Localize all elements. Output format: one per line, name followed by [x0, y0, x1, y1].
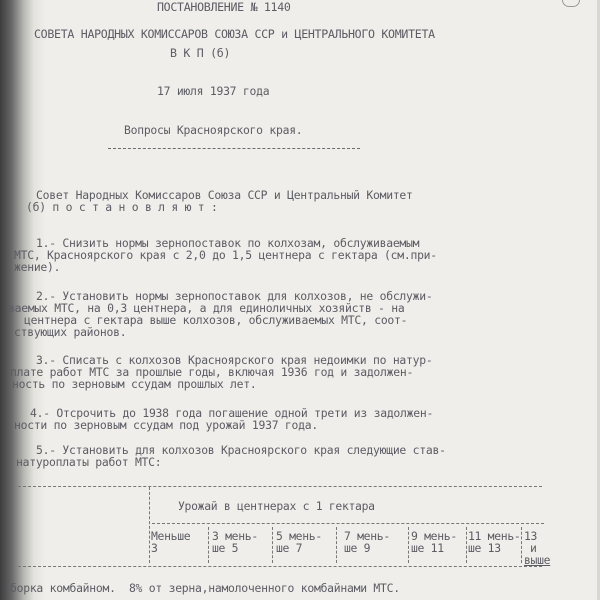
column-header-line: ше 13 — [468, 542, 501, 554]
column-header-line: выше — [524, 554, 550, 566]
subject-underline — [108, 148, 360, 149]
decree-subject: Вопросы Красноярского края. — [124, 124, 302, 136]
table-left-border — [149, 487, 150, 563]
paragraph-5-line-2: натуроплаты работ МТС: — [16, 456, 161, 468]
paragraph-1-line-2: МТС, Красноярского края с 2,0 до 1,5 цен… — [14, 249, 437, 261]
table-col-separator — [408, 527, 409, 563]
column-header-line: 3 — [151, 542, 158, 554]
table-row-combine-harvest: борка комбайном. 8% от зерна,намолоченно… — [10, 582, 400, 594]
decree-issuer: СОВЕТА НАРОДНЫХ КОМИССАРОВ СОЮЗА ССР и Ц… — [34, 28, 435, 40]
column-header-line: ше 9 — [344, 542, 370, 554]
paragraph-4-line-2: ности по зерновым ссудам под урожай 1937… — [14, 419, 318, 431]
table-col-separator — [336, 527, 337, 563]
column-header-line: ше 5 — [212, 542, 238, 554]
preamble-line-2: (б) п о с т а н о в л я ю т : — [26, 201, 218, 213]
table-group-header: Урожай в центнерах с 1 гектара — [178, 500, 375, 512]
paragraph-1-line-3: жение). — [14, 261, 60, 273]
table-col-separator — [466, 527, 467, 563]
paragraph-3-line-3: ность по зерновым ссудам прошлых лет. — [12, 378, 257, 390]
paragraph-2-line-4: ствующих районов. — [14, 326, 126, 338]
decree-party: В К П (б) — [170, 47, 230, 59]
document-page: ПОСТАНОВЛЕНИЕ № 1140 СОВЕТА НАРОДНЫХ КОМ… — [0, 0, 600, 600]
column-header-line: ше 11 — [411, 542, 444, 554]
page-stamp-mark — [562, 0, 580, 7]
table-col-separator — [208, 527, 209, 563]
column-header-line: ше 7 — [276, 542, 302, 554]
table-col-separator — [521, 527, 522, 563]
table-subheader-rule — [152, 523, 544, 524]
table-bottom-rule — [18, 566, 542, 567]
decree-title: ПОСТАНОВЛЕНИЕ № 1140 — [157, 1, 291, 13]
table-col-separator — [272, 527, 273, 563]
table-top-rule — [18, 486, 542, 487]
decree-date: 17 июля 1937 года — [157, 85, 269, 97]
